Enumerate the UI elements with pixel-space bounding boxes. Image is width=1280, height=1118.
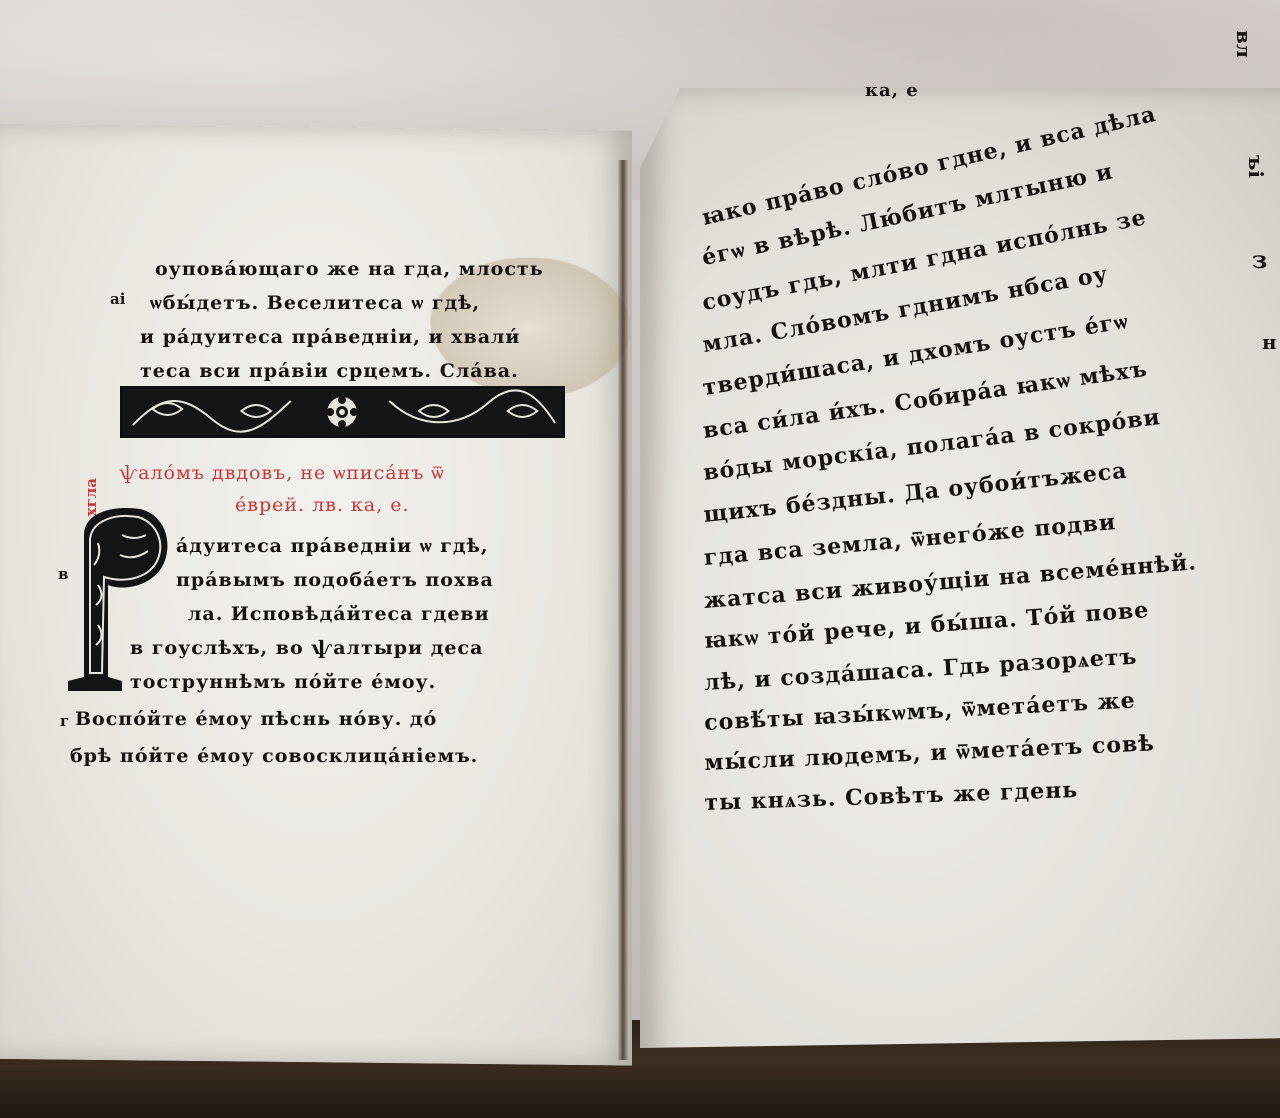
margin-note-right: вл <box>1232 30 1256 58</box>
text-line: и ра́дуитеса пра́ведніи, и хвали́ <box>140 326 521 348</box>
text-line: а́дуитеса пра́ведніи ѡ гдѣ, <box>176 535 489 558</box>
text-line: ла. Исповѣда́йтеса гдеви <box>188 603 490 625</box>
decorated-initial-letter: Р <box>62 505 174 693</box>
floral-headpiece-ornament <box>120 386 565 438</box>
margin-note-right: ъі <box>1244 155 1268 178</box>
book-gutter <box>618 160 628 1060</box>
text-line: теса вси пра́віи срцемъ. Сла́ва. <box>140 360 519 382</box>
text-line: Воспо́йте е́моу пѣснь но́ву. до́ <box>75 708 437 730</box>
text-line: брѣ по́йте е́моу совосклица́ніемъ. <box>70 745 478 767</box>
rubric-line: е́врей. лв. ка, е. <box>235 494 410 516</box>
text-line: оупова́ющаго же на гда, млость <box>155 258 544 280</box>
text-line: пра́вымъ подоба́етъ похва <box>176 569 494 591</box>
text-line: в гоуслѣхъ, во ѱалтыри деса <box>130 637 483 659</box>
margin-note-top: аі <box>110 290 125 308</box>
page-header: ка, е <box>865 80 919 101</box>
margin-note-right: н <box>1262 330 1277 354</box>
rubric-line: ѱало́мъ двдовъ, не ѡписа́нъ ѿ <box>120 462 444 485</box>
text-line: ѡбы́детъ. Веселитеса ѡ гдѣ, <box>150 292 480 315</box>
initial-glyph: Р <box>62 505 63 506</box>
text-line: тоструннѣмъ по́йте е́моу. <box>130 671 436 693</box>
margin-note-verse: г <box>60 712 69 730</box>
margin-note-right: з <box>1252 245 1267 274</box>
